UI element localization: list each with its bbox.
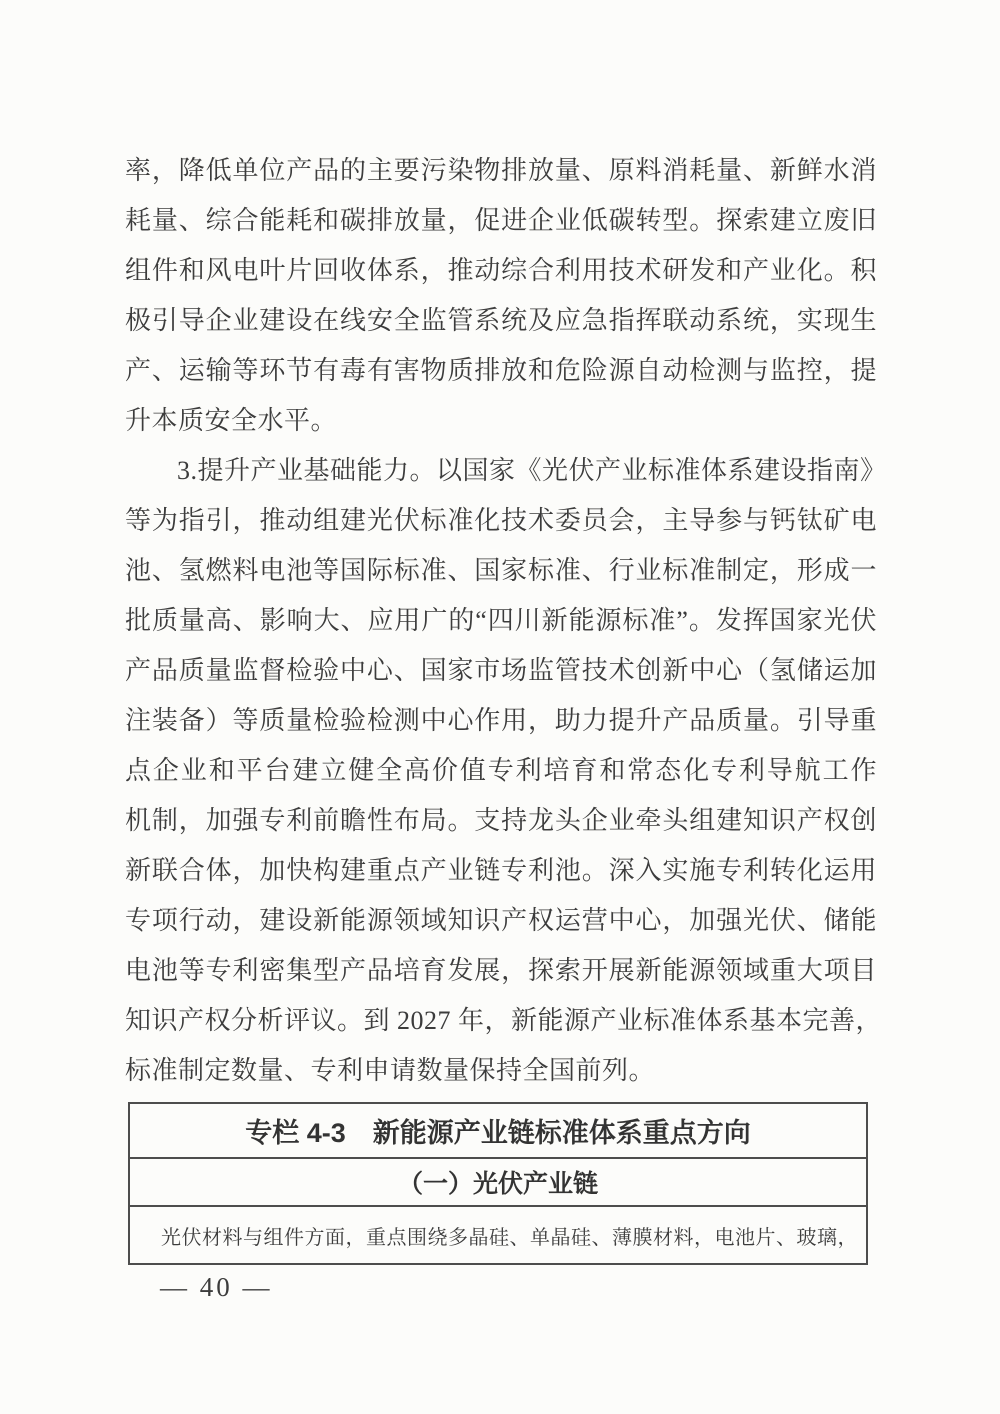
page-number: — 40 — — [160, 1272, 273, 1303]
text-line: 产、运输等环节有毒有害物质排放和危险源自动检测与监控，提 — [125, 346, 877, 396]
text-line: 等为指引，推动组建光伏标准化技术委员会，主导参与钙钛矿电 — [125, 496, 877, 546]
text-line: 池、氢燃料电池等国际标准、国家标准、行业标准制定，形成一 — [125, 546, 877, 596]
paragraph-item-3: 3.提升产业基础能力。以国家《光伏产业标准体系建设指南》 等为指引，推动组建光伏… — [125, 446, 877, 1096]
text-line: 知识产权分析评议。到 2027 年，新能源产业标准体系基本完善， — [125, 996, 877, 1046]
text-line: 升本质安全水平。 — [125, 396, 877, 446]
text-line: 专项行动，建设新能源领域知识产权运营中心，加强光伏、储能 — [125, 896, 877, 946]
text-line: 机制，加强专利前瞻性布局。支持龙头企业牵头组建知识产权创 — [125, 796, 877, 846]
text-line: 电池等专利密集型产品培育发展，探索开展新能源领域重大项目 — [125, 946, 877, 996]
feature-box-section-heading: （一）光伏产业链 — [129, 1158, 867, 1206]
text-line: 产品质量监督检验中心、国家市场监管技术创新中心（氢储运加 — [125, 646, 877, 696]
text-line: 批质量高、影响大、应用广的“四川新能源标准”。发挥国家光伏 — [125, 596, 877, 646]
feature-box-content: 光伏材料与组件方面，重点围绕多晶硅、单晶硅、薄膜材料，电池片、玻璃， — [129, 1206, 867, 1264]
feature-box-content-row: 光伏材料与组件方面，重点围绕多晶硅、单晶硅、薄膜材料，电池片、玻璃， — [129, 1206, 867, 1264]
text-line: 耗量、综合能耗和碳排放量，促进企业低碳转型。探索建立废旧 — [125, 196, 877, 246]
document-body: 率，降低单位产品的主要污染物排放量、原料消耗量、新鲜水消 耗量、综合能耗和碳排放… — [125, 146, 877, 1265]
feature-box-section-row: （一）光伏产业链 — [129, 1158, 867, 1206]
feature-box-title: 专栏 4-3 新能源产业链标准体系重点方向 — [129, 1103, 867, 1158]
paragraph-continuation: 率，降低单位产品的主要污染物排放量、原料消耗量、新鲜水消 耗量、综合能耗和碳排放… — [125, 146, 877, 446]
text-line: 3.提升产业基础能力。以国家《光伏产业标准体系建设指南》 — [125, 446, 877, 496]
text-line: 注装备）等质量检验检测中心作用，助力提升产品质量。引导重 — [125, 696, 877, 746]
text-line: 标准制定数量、专利申请数量保持全国前列。 — [125, 1046, 877, 1096]
text-line: 新联合体，加快构建重点产业链专利池。深入实施专利转化运用 — [125, 846, 877, 896]
document-page: 率，降低单位产品的主要污染物排放量、原料消耗量、新鲜水消 耗量、综合能耗和碳排放… — [0, 0, 1000, 1414]
text-line: 点企业和平台建立健全高价值专利培育和常态化专利导航工作 — [125, 746, 877, 796]
feature-box-4-3: 专栏 4-3 新能源产业链标准体系重点方向 （一）光伏产业链 光伏材料与组件方面… — [128, 1102, 868, 1265]
text-line: 率，降低单位产品的主要污染物排放量、原料消耗量、新鲜水消 — [125, 146, 877, 196]
feature-box-title-row: 专栏 4-3 新能源产业链标准体系重点方向 — [129, 1103, 867, 1158]
text-line: 组件和风电叶片回收体系，推动综合利用技术研发和产业化。积 — [125, 246, 877, 296]
text-line: 极引导企业建设在线安全监管系统及应急指挥联动系统，实现生 — [125, 296, 877, 346]
